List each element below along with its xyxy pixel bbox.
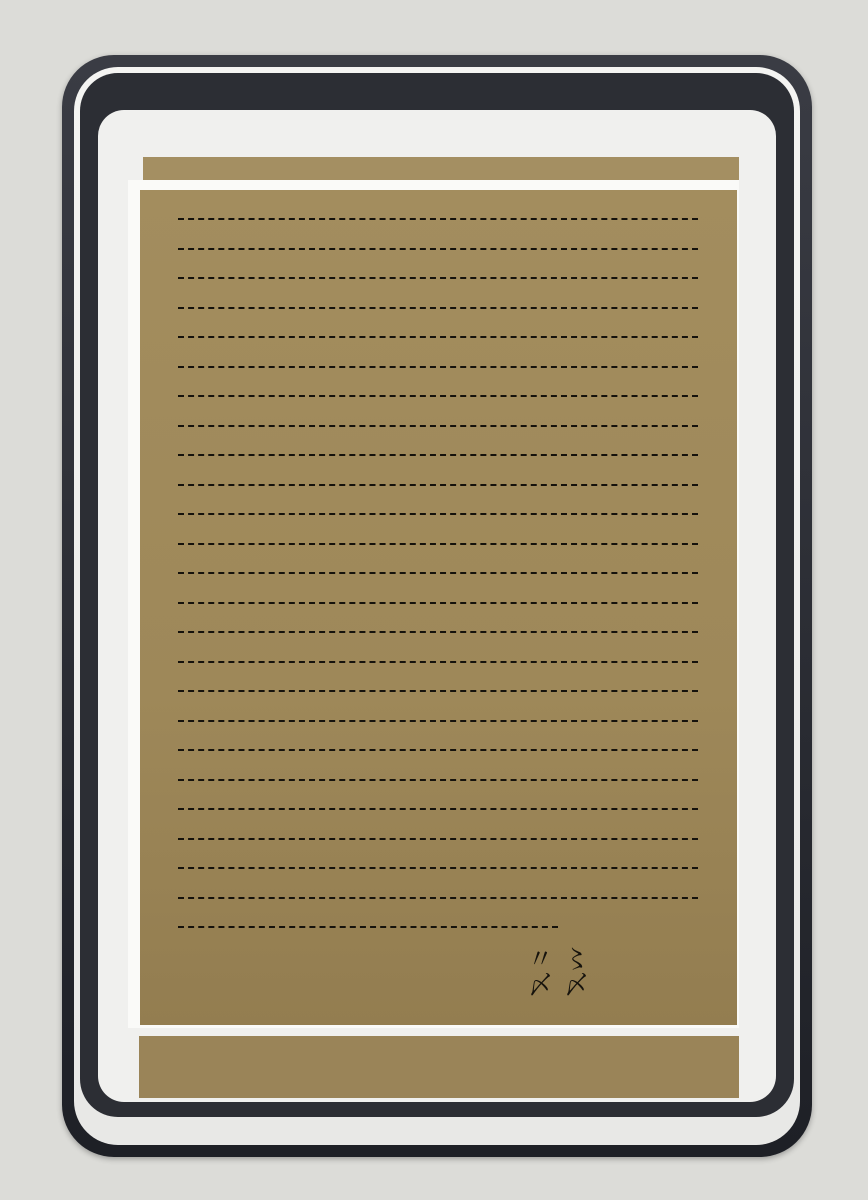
card-bottom-strip xyxy=(139,1036,739,1098)
calligraphy-line xyxy=(178,422,698,427)
calligraphy-line xyxy=(178,687,698,692)
signature-stroke: 〃〆 xyxy=(520,945,557,997)
letter-card xyxy=(140,190,737,1025)
calligraphy-line xyxy=(178,776,698,781)
calligraphy-line xyxy=(178,274,698,279)
calligraphy-line xyxy=(178,864,698,869)
calligraphy-line xyxy=(178,333,698,338)
calligraphy-line xyxy=(178,451,698,456)
calligraphy-line xyxy=(178,510,698,515)
calligraphy-line xyxy=(178,835,698,840)
calligraphy-line xyxy=(178,923,558,928)
calligraphy-line xyxy=(178,599,698,604)
calligraphy-line xyxy=(178,481,698,486)
calligraphy-line xyxy=(178,805,698,810)
calligraphy-line xyxy=(178,392,698,397)
calligraphy-line xyxy=(178,658,698,663)
calligraphy-line xyxy=(178,215,698,220)
calligraphy-line xyxy=(178,569,698,574)
calligraphy-line xyxy=(178,245,698,250)
calligraphy-line xyxy=(178,894,698,899)
calligraphy-line xyxy=(178,628,698,633)
calligraphy-line xyxy=(178,304,698,309)
calligraphy-line xyxy=(178,717,698,722)
calligraphy-line xyxy=(178,363,698,368)
signature-stroke: 〻〆 xyxy=(556,945,593,997)
calligraphy-line xyxy=(178,540,698,545)
calligraphy-line xyxy=(178,746,698,751)
